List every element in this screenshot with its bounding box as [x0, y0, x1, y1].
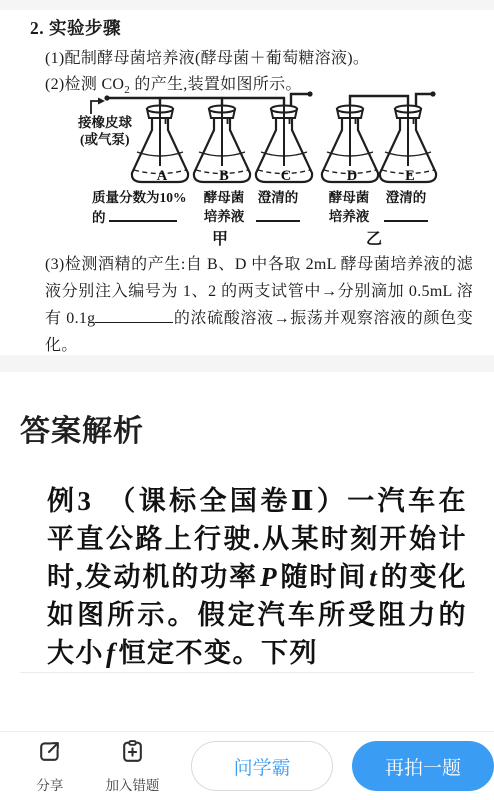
pump-label-line1: 接橡皮球 [78, 114, 132, 130]
blank-underline [95, 309, 173, 323]
question-step-3: (3)检测酒精的产生:自 B、D 中各取 2mL 酵母菌培养液的滤液分别注入编号… [45, 251, 473, 359]
share-button[interactable]: 分享 [30, 738, 70, 794]
caption-flask-a: 质量分数为10% 的 [92, 188, 198, 227]
example-seg2: 随时间 [280, 562, 367, 592]
flask-e-label: E [405, 168, 415, 184]
caption-flask-b: 酵母菌 培养液 [196, 188, 252, 226]
retake-photo-label: 再拍一题 [385, 753, 461, 780]
retake-photo-button[interactable]: 再拍一题 [352, 741, 494, 791]
blank-underline [256, 207, 300, 222]
group-label-jia: 甲 [212, 226, 228, 249]
caption-b-line2: 培养液 [204, 209, 245, 224]
flask-a-label: A [157, 168, 168, 184]
section-divider-band [0, 355, 494, 372]
clipboard-plus-icon [119, 738, 146, 770]
caption-flask-d: 酵母菌 培养液 [321, 188, 377, 226]
question-step-1: (1)配制酵母菌培养液(酵母菌＋葡萄糖溶液)。 [45, 45, 369, 68]
group-label-yi: 乙 [366, 226, 382, 249]
caption-flask-c: 澄清的 [250, 188, 306, 227]
ask-expert-button[interactable]: 问学霸 [191, 741, 333, 791]
blank-underline [109, 207, 177, 222]
pipe-open-end-c [307, 91, 312, 96]
caption-d-line1: 酵母菌 [329, 190, 370, 205]
pipe-open-end-e [430, 91, 435, 96]
blank-underline [384, 207, 428, 222]
answer-section-title: 答案解析 [20, 406, 144, 450]
example-number-label: 例3 [47, 486, 92, 516]
flask-c-label: C [281, 168, 291, 184]
caption-a-line1: 质量分数为10% [92, 190, 187, 205]
flask-d-label: D [347, 168, 357, 184]
add-to-mistakes-label: 加入错题 [105, 774, 159, 794]
caption-e-line1: 澄清的 [386, 190, 427, 205]
apparatus-diagram: 接橡皮球 (或气泵) A B C D E [78, 86, 450, 190]
variable-f: f [106, 638, 117, 668]
question-section-heading: 2. 实验步骤 [30, 15, 121, 40]
pipe-group-yi [350, 91, 436, 107]
variable-t: t [369, 562, 378, 592]
bottom-action-bar: 分享 加入错题 问学霸 再拍一题 [0, 731, 494, 800]
answer-example-paragraph: 例3（课标全国卷Ⅱ）一汽车在平直公路上行驶.从某时刻开始计时,发动机的功率P随时… [47, 482, 467, 672]
flask-b-label: B [219, 168, 229, 184]
caption-c-line1: 澄清的 [258, 190, 299, 205]
pump-arrow [91, 98, 105, 115]
caption-b-line1: 酵母菌 [204, 190, 245, 205]
share-label: 分享 [36, 774, 63, 794]
ask-expert-label: 问学霸 [234, 753, 291, 780]
caption-d-line2: 培养液 [329, 209, 370, 224]
pump-label-line2: (或气泵) [80, 131, 130, 147]
add-to-mistakes-button[interactable]: 加入错题 [100, 738, 166, 794]
content-divider-line [20, 672, 474, 673]
share-icon [36, 738, 63, 770]
top-page-gap [0, 0, 494, 10]
example-seg4: 恒定不变。下列 [119, 638, 319, 668]
caption-flask-e: 澄清的 [378, 188, 434, 227]
variable-P: P [260, 562, 278, 592]
caption-a-line2: 的 [92, 210, 106, 225]
